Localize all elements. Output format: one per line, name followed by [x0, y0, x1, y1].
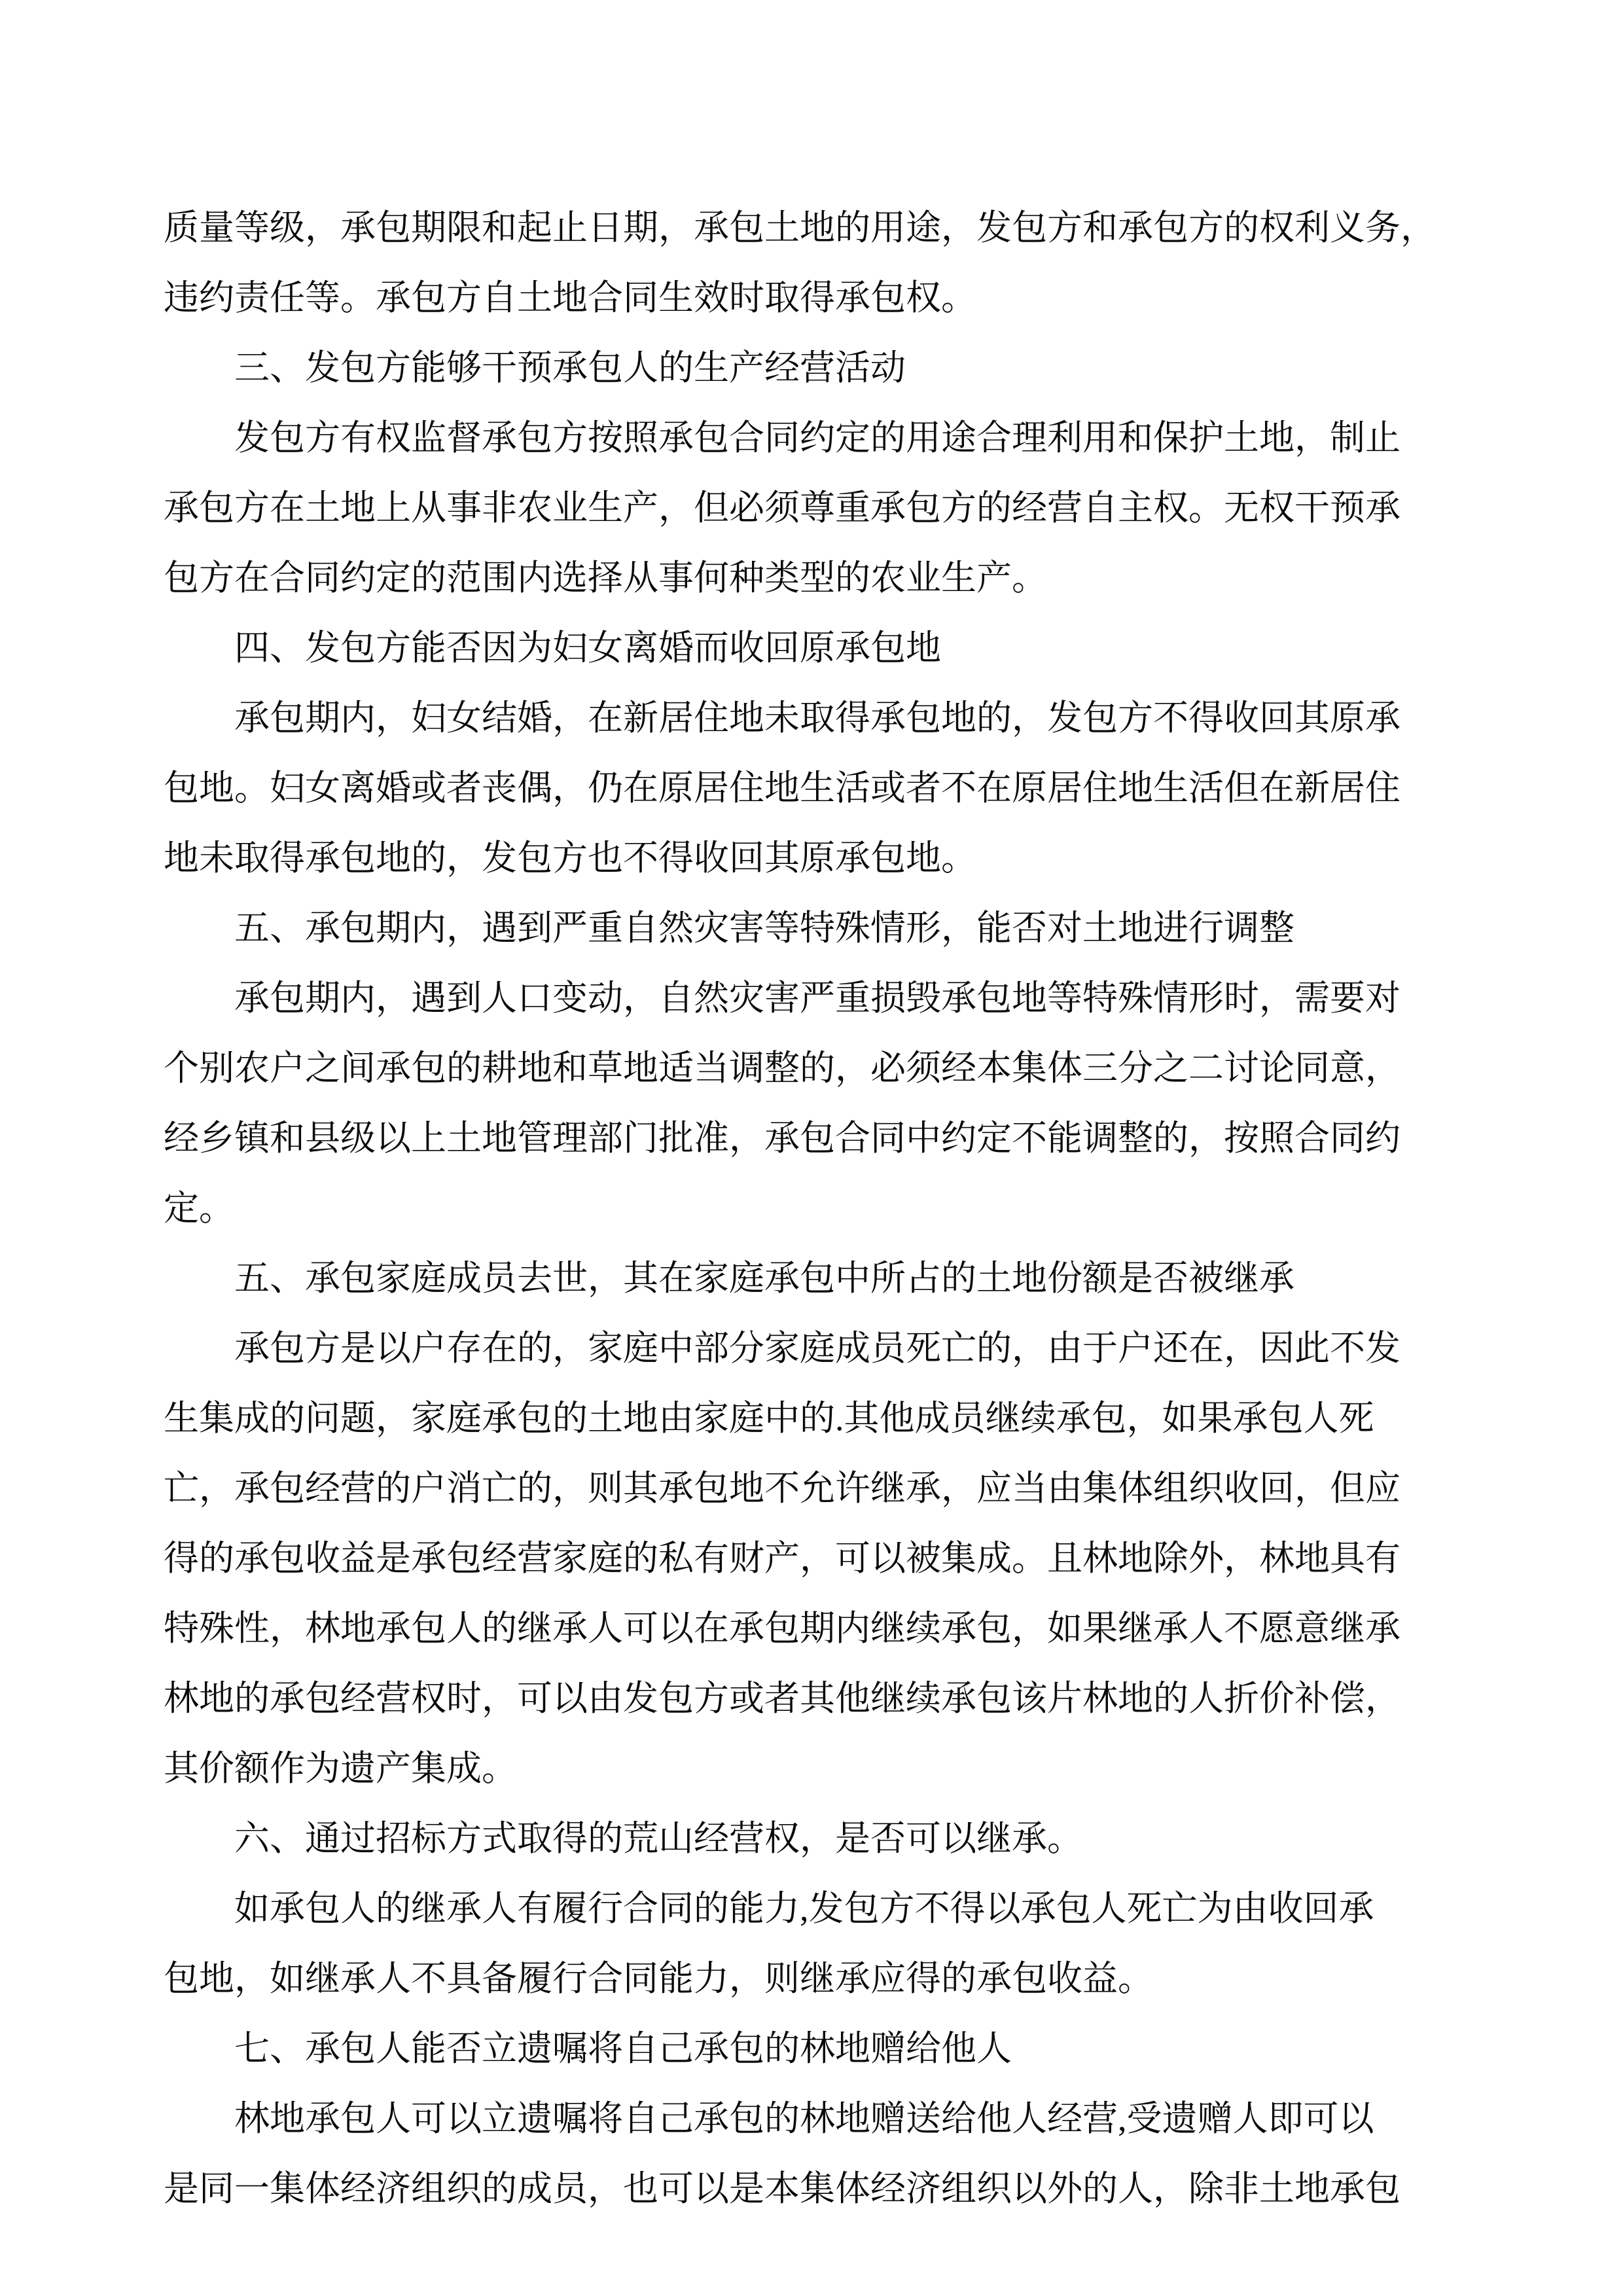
text-line: 特殊性，林地承包人的继承人可以在承包期内继续承包，如果继承人不愿意继承	[164, 1594, 1463, 1664]
text-line: 包地，如继承人不具备履行合同能力，则继承应得的承包收益。	[164, 1944, 1463, 2014]
text-line: 如承包人的继承人有履行合同的能力,发包方不得以承包人死亡为由收回承	[164, 1874, 1463, 1944]
section-heading: 七、承包人能否立遗嘱将自己承包的林地赠给他人	[164, 2014, 1463, 2084]
text-line: 包方在合同约定的范围内选择从事何种类型的农业生产。	[164, 543, 1463, 613]
text-line: 是同一集体经济组织的成员，也可以是本集体经济组织以外的人，除非土地承包	[164, 2154, 1463, 2224]
document-page: 质量等级，承包期限和起止日期，承包土地的用途，发包方和承包方的权利义务， 违约责…	[0, 0, 1623, 2296]
text-line: 承包期内，遇到人口变动，自然灾害严重损毁承包地等特殊情形时，需要对	[164, 963, 1463, 1033]
text-line: 定。	[164, 1174, 1463, 1244]
text-line: 亡，承包经营的户消亡的，则其承包地不允许继承，应当由集体组织收回，但应	[164, 1454, 1463, 1524]
text-line: 承包方在土地上从事非农业生产，但必须尊重承包方的经营自主权。无权干预承	[164, 473, 1463, 543]
text-line: 质量等级，承包期限和起止日期，承包土地的用途，发包方和承包方的权利义务，	[164, 193, 1463, 263]
section-heading: 三、发包方能够干预承包人的生产经营活动	[164, 333, 1463, 403]
section-heading: 五、承包家庭成员去世，其在家庭承包中所占的土地份额是否被继承	[164, 1244, 1463, 1314]
text-line: 经乡镇和县级以上土地管理部门批准，承包合同中约定不能调整的，按照合同约	[164, 1103, 1463, 1174]
text-line: 承包方是以户存在的，家庭中部分家庭成员死亡的，由于户还在，因此不发	[164, 1314, 1463, 1384]
text-line: 其价额作为遗产集成。	[164, 1734, 1463, 1804]
text-line: 个别农户之间承包的耕地和草地适当调整的，必须经本集体三分之二讨论同意，	[164, 1033, 1463, 1103]
text-line: 林地的承包经营权时，可以由发包方或者其他继续承包该片林地的人折价补偿，	[164, 1664, 1463, 1734]
section-heading: 六、通过招标方式取得的荒山经营权，是否可以继承。	[164, 1804, 1463, 1874]
section-heading: 五、承包期内，遇到严重自然灾害等特殊情形，能否对土地进行调整	[164, 893, 1463, 963]
text-line: 承包期内，妇女结婚，在新居住地未取得承包地的，发包方不得收回其原承	[164, 683, 1463, 753]
text-line: 得的承包收益是承包经营家庭的私有财产，可以被集成。且林地除外，林地具有	[164, 1524, 1463, 1594]
section-heading: 四、发包方能否因为妇女离婚而收回原承包地	[164, 613, 1463, 683]
text-line: 包地。妇女离婚或者丧偶，仍在原居住地生活或者不在原居住地生活但在新居住	[164, 753, 1463, 823]
text-line: 林地承包人可以立遗嘱将自己承包的林地赠送给他人经营,受遗赠人即可以	[164, 2084, 1463, 2154]
text-line: 违约责任等。承包方自土地合同生效时取得承包权。	[164, 263, 1463, 333]
text-line: 发包方有权监督承包方按照承包合同约定的用途合理利用和保护土地，制止	[164, 403, 1463, 473]
text-line: 地未取得承包地的，发包方也不得收回其原承包地。	[164, 823, 1463, 893]
text-line: 生集成的问题，家庭承包的土地由家庭中的.其他成员继续承包，如果承包人死	[164, 1384, 1463, 1454]
